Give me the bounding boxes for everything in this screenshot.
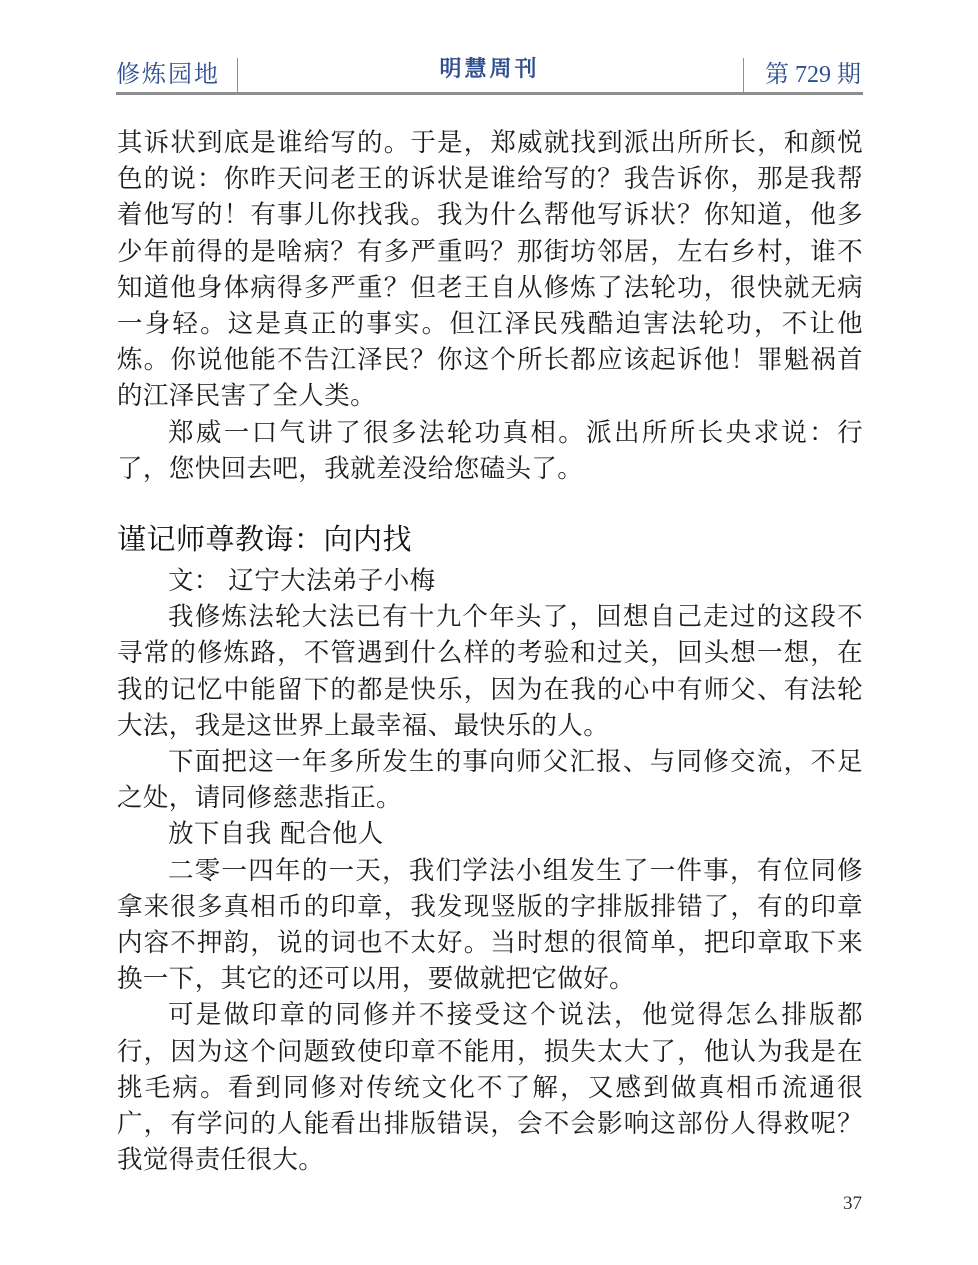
page-number: 37 <box>843 1193 862 1215</box>
page-header: 修炼园地 明慧周刊 第 729 期 <box>116 48 863 95</box>
issue-number: 第 729 期 <box>765 54 861 89</box>
continued-paragraph: 其诉状到底是谁给写的。于是，郑威就找到派出所所长，和颜悦色的说：你昨天问老王的诉… <box>117 125 863 415</box>
article-paragraph: 可是做印章的同修并不接受这个说法，他觉得怎么排版都行，因为这个问题致使印章不能用… <box>117 997 863 1178</box>
article-paragraph: 二零一四年的一天，我们学法小组发生了一件事，有位同修拿来很多真相币的印章，我发现… <box>117 853 863 998</box>
continued-paragraph: 郑威一口气讲了很多法轮功真相。派出所所长央求说：行了，您快回去吧，我就差没给您磕… <box>117 415 863 487</box>
header-divider-right <box>743 58 744 92</box>
article-paragraph: 我修炼法轮大法已有十九个年头了，回想自己走过的这段不寻常的修炼路，不管遇到什么样… <box>117 599 863 744</box>
article-title: 谨记师尊教诲：向内找 <box>117 519 863 559</box>
page-content: 其诉状到底是谁给写的。于是，郑威就找到派出所所长，和颜悦色的说：你昨天问老王的诉… <box>117 125 863 1178</box>
publication-title: 明慧周刊 <box>116 52 863 83</box>
article-subheading: 放下自我 配合他人 <box>117 816 863 852</box>
article-paragraph: 下面把这一年多所发生的事向师父汇报、与同修交流，不足之处，请同修慈悲指正。 <box>117 744 863 816</box>
article-byline: 文： 辽宁大法弟子小梅 <box>117 563 863 599</box>
